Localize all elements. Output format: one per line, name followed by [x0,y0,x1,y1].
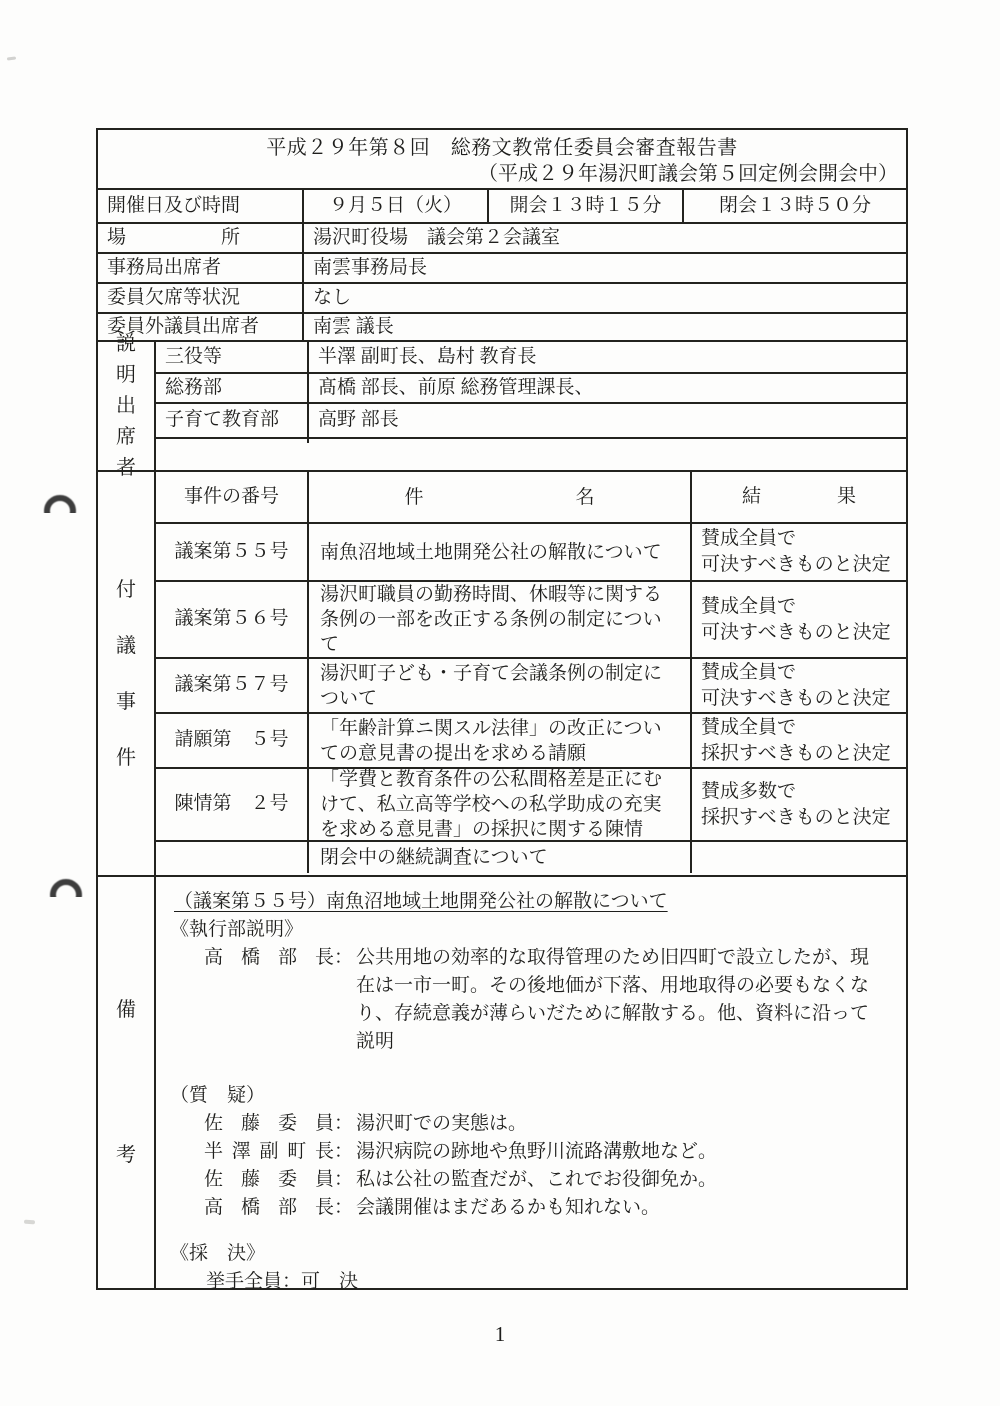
close-time: 閉会１３時５０分 [682,190,906,222]
place-value: 湯沢町役場 議会第２会議室 [302,224,906,252]
dialog-line: 佐藤委員： 私は公社の監査だが、これでお役御免か。 [170,1166,888,1194]
section-remarks: 備 考 （議案第５５号）南魚沼地域土地開発公社の解散について 《執行部説明》 高… [98,875,906,1288]
row-place: 場 所 湯沢町役場 議会第２会議室 [98,222,906,252]
binder-hole-top [40,492,80,513]
case-name: 湯沢町子ども・子育て会議条例の制定について [307,659,690,712]
absentees-value: なし [302,284,906,312]
outside-members-value: 南雲 議長 [302,314,906,340]
agenda-row: 議案第５７号 湯沢町子ども・子育て会議条例の制定について 賛成全員で 可決すべき… [156,657,906,712]
dialog-line: 半澤副町長： 湯沢病院の跡地や魚野川流路溝敷地など。 [170,1138,888,1166]
explainer-members: 高野 部長 [307,404,906,437]
explainer-members: 半澤 副町長、島村 教育長 [307,342,906,372]
case-result: 賛成多数で 採択すべきものと決定 [690,769,906,840]
case-number: 請願第 ５号 [156,714,307,767]
case-name: 「学費と教育条件の公私間格差是正にむけて、私立高等学校への私学助成の充実を求める… [307,769,690,840]
case-number: 陳情第 ２号 [156,769,307,840]
case-name: 湯沢町職員の勤務時間、休暇等に関する条例の一部を改正する条例の制定について [307,582,690,657]
explainers-vertical-label: 説 明 出 席 者 [98,342,154,470]
agenda-col-name: 件 名 [307,472,690,522]
agenda-row: 請願第 ５号 「年齢計算ニ関スル法律」の改正についての意見書の提出を求める請願 … [156,712,906,767]
page-number: 1 [0,1322,1000,1347]
absentees-label: 委員欠席等状況 [98,284,302,312]
speaker-text: 私は公社の監査だが、これでお役御免か。 [356,1166,717,1194]
speaker-name: 半澤副町長 [204,1138,334,1166]
speaker-colon: ： [334,944,353,972]
exec-explanation-title: 《執行部説明》 [170,916,888,944]
speaker-name: 佐藤委員 [204,1166,334,1194]
case-name: 「年齢計算ニ関スル法律」の改正についての意見書の提出を求める請願 [307,714,690,767]
speaker-name: 高橋部長 [204,944,334,972]
speaker-colon: ： [334,1166,353,1194]
speaker-colon: ： [334,1194,353,1222]
row-secretariat: 事務局出席者 南雲事務局長 [98,252,906,282]
dialog-line: 高橋部長： 公共用地の効率的な取得管理のため旧四町で設立したが、現在は一市一町。… [170,944,888,1056]
scanned-report-page: 平成２９年第８回 総務文教常任委員会審査報告書 （平成２９年湯沢町議会第５回定例… [0,0,1000,1406]
row-absentees: 委員欠席等状況 なし [98,282,906,312]
explainer-category [156,439,307,443]
explainer-members: 髙橋 部長、前原 総務管理課長、 [307,374,906,402]
report-subtitle: （平成２９年湯沢町議会第５回定例会開会中） [104,161,900,187]
case-result: 賛成全員で 可決すべきものと決定 [690,524,906,580]
explainer-row: 三役等 半澤 副町長、島村 教育長 [156,342,906,372]
agenda-row: 議案第５６号 湯沢町職員の勤務時間、休暇等に関する条例の一部を改正する条例の制定… [156,580,906,657]
explainer-row [156,437,906,443]
report-table: 平成２９年第８回 総務文教常任委員会審査報告書 （平成２９年湯沢町議会第５回定例… [96,128,908,1290]
meeting-date: ９月５日（火） [302,190,487,222]
case-result [690,842,906,873]
agenda-row: 議案第５５号 南魚沼地域土地開発公社の解散について 賛成全員で 可決すべきものと… [156,522,906,580]
case-number: 議案第５５号 [156,524,307,580]
report-title: 平成２９年第８回 総務文教常任委員会審査報告書 [104,135,900,161]
scan-speck [7,56,16,60]
secretariat-label: 事務局出席者 [98,254,302,282]
explainer-row: 子育て教育部 高野 部長 [156,402,906,437]
case-number: 議案第５６号 [156,582,307,657]
explainer-category: 子育て教育部 [156,404,307,437]
dialog-line: 佐藤委員： 湯沢町での実態は。 [170,1110,888,1138]
case-result: 賛成全員で 可決すべきものと決定 [690,582,906,657]
scan-speck [24,1220,35,1225]
speaker-text: 会議開催はまだあるかも知れない。 [356,1194,660,1222]
datetime-label: 開催日及び時間 [98,190,302,222]
speaker-text: 湯沢町での実態は。 [356,1110,527,1138]
speaker-colon: ： [334,1110,353,1138]
speaker-colon: ： [334,1138,353,1166]
secretariat-value: 南雲事務局長 [302,254,906,282]
case-name: 南魚沼地域土地開発公社の解散について [307,524,690,580]
section-explainers: 説 明 出 席 者 三役等 半澤 副町長、島村 教育長 総務部 髙橋 部長、前原… [98,340,906,470]
case-number: 議案第５７号 [156,659,307,712]
agenda-vertical-label: 付 議 事 件 [98,472,154,875]
agenda-row: 閉会中の継続調査について [156,840,906,873]
remarks-content: （議案第５５号）南魚沼地域土地開発公社の解散について 《執行部説明》 高橋部長：… [154,877,906,1288]
open-time: 開会１３時１５分 [487,190,682,222]
place-label: 場 所 [98,224,302,252]
agenda-header-row: 事件の番号 件 名 結 果 [156,472,906,522]
speaker-text: 公共用地の効率的な取得管理のため旧四町で設立したが、現在は一市一町。その後地価が… [356,944,886,1056]
binder-hole-bottom [46,876,86,897]
report-title-block: 平成２９年第８回 総務文教常任委員会審査報告書 （平成２９年湯沢町議会第５回定例… [98,130,906,188]
vote-result: 挙手全員：可 決 [170,1268,888,1296]
explainer-members [307,439,906,443]
remarks-vertical-label: 備 考 [98,877,154,1288]
explainer-category: 三役等 [156,342,307,372]
agenda-col-result: 結 果 [690,472,906,522]
case-result: 賛成全員で 採択すべきものと決定 [690,714,906,767]
speaker-name: 佐藤委員 [204,1110,334,1138]
case-result: 賛成全員で 可決すべきものと決定 [690,659,906,712]
agenda-row: 陳情第 ２号 「学費と教育条件の公私間格差是正にむけて、私立高等学校への私学助成… [156,767,906,840]
case-number [156,842,307,873]
speaker-text: 湯沢病院の跡地や魚野川流路溝敷地など。 [356,1138,717,1166]
row-datetime: 開催日及び時間 ９月５日（火） 開会１３時１５分 閉会１３時５０分 [98,188,906,222]
explainer-category: 総務部 [156,374,307,402]
section-agenda: 付 議 事 件 事件の番号 件 名 結 果 議案第５５号 南魚沼地域土地開発公社… [98,470,906,875]
speaker-name: 高橋部長 [204,1194,334,1222]
explainer-row: 総務部 髙橋 部長、前原 総務管理課長、 [156,372,906,402]
qa-title: （質 疑） [170,1082,888,1110]
agenda-col-number: 事件の番号 [156,472,307,522]
row-outside-members: 委員外議員出席者 南雲 議長 [98,312,906,340]
remarks-heading: （議案第５５号）南魚沼地域土地開発公社の解散について [170,888,888,916]
case-name: 閉会中の継続調査について [307,842,690,873]
vote-title: 《採 決》 [170,1240,888,1268]
dialog-line: 高橋部長： 会議開催はまだあるかも知れない。 [170,1194,888,1222]
